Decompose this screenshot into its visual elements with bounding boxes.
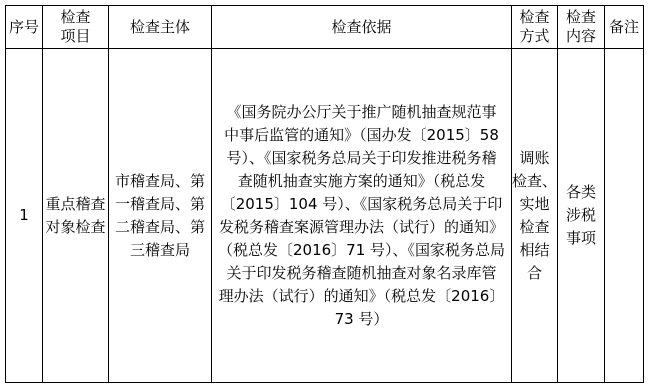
header-remarks: 备注 <box>605 6 644 49</box>
cell-inspection-content: 各类 涉税 事项 <box>558 49 605 383</box>
header-inspection-subject: 检查主体 <box>109 6 212 49</box>
cell-inspection-method: 调账 检查、 实地 检查 相结 合 <box>512 49 558 383</box>
header-inspection-content: 检查 内容 <box>558 6 605 49</box>
cell-inspection-basis: 《国务院办公厅关于推广随机抽查规范事 中事后监管的通知》（国办发〔2015〕58… <box>212 49 512 383</box>
cell-inspection-item: 重点稽查 对象检查 <box>43 49 109 383</box>
header-serial-number: 序号 <box>6 6 43 49</box>
header-inspection-item: 检查 项目 <box>43 6 109 49</box>
table-row: 1 重点稽查 对象检查 市稽查局、第 一稽查局、第 二稽查局、第 三稽查局 《国… <box>6 49 644 383</box>
cell-remarks <box>605 49 644 383</box>
cell-inspection-subject: 市稽查局、第 一稽查局、第 二稽查局、第 三稽查局 <box>109 49 212 383</box>
header-inspection-method: 检查 方式 <box>512 6 558 49</box>
table-header-row: 序号 检查 项目 检查主体 检查依据 检查 方式 检查 内容 备注 <box>6 6 644 49</box>
cell-serial-number: 1 <box>6 49 43 383</box>
inspection-table: 序号 检查 项目 检查主体 检查依据 检查 方式 检查 内容 备注 1 重点稽查… <box>5 5 644 383</box>
header-inspection-basis: 检查依据 <box>212 6 512 49</box>
